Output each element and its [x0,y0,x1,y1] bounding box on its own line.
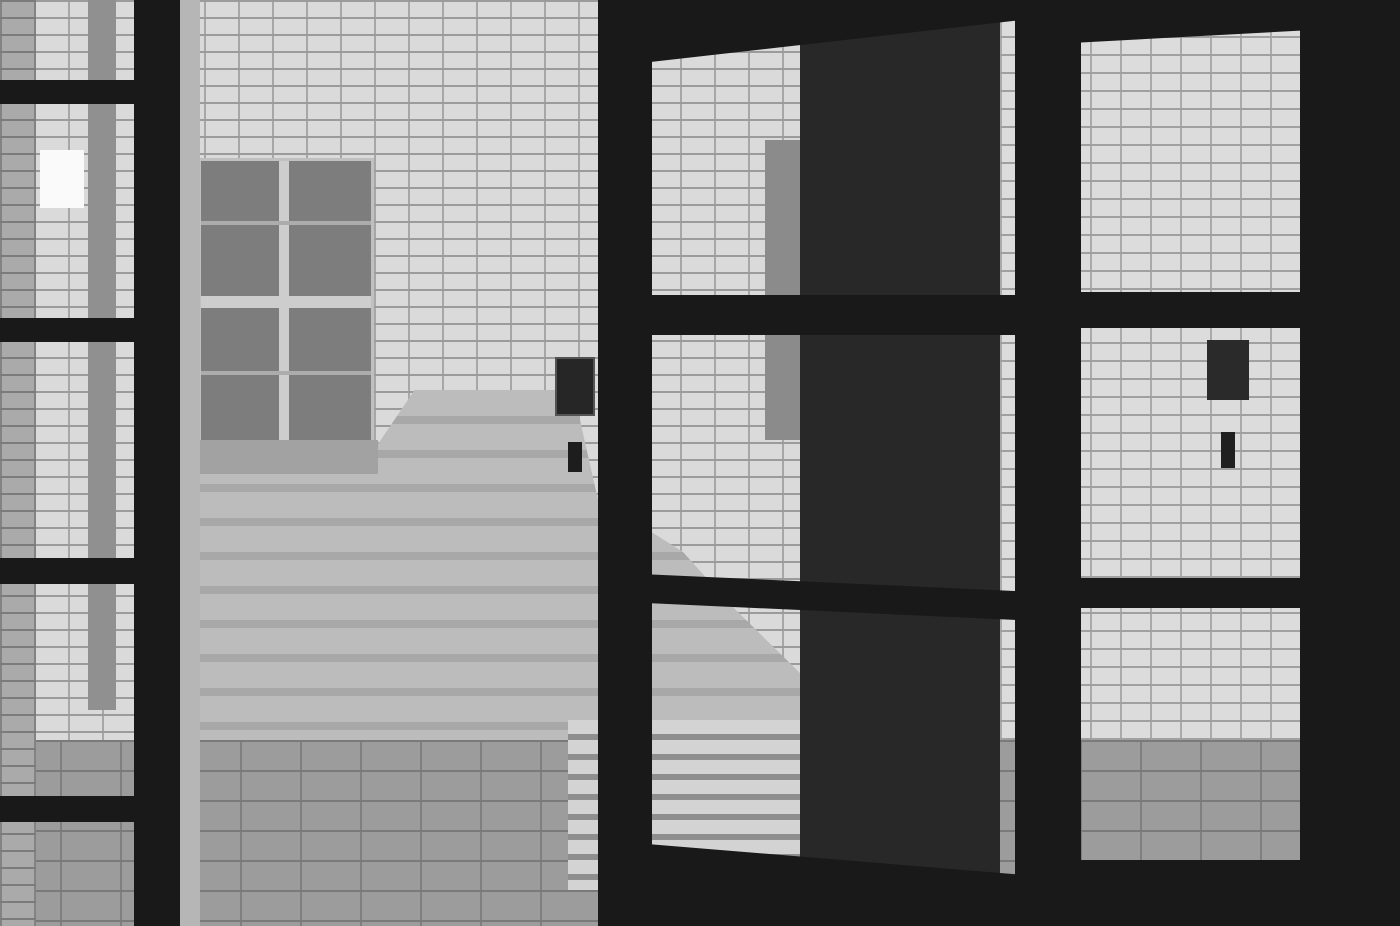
photo-scene [0,0,1400,926]
right-window-frame [1015,0,1400,926]
back-wall-window [198,158,374,446]
window-sill [198,440,378,474]
plaque-holder-left [568,442,582,472]
left-window-frame [0,0,200,926]
wall-plaque-left [555,357,595,416]
center-window-sash [598,0,1018,926]
